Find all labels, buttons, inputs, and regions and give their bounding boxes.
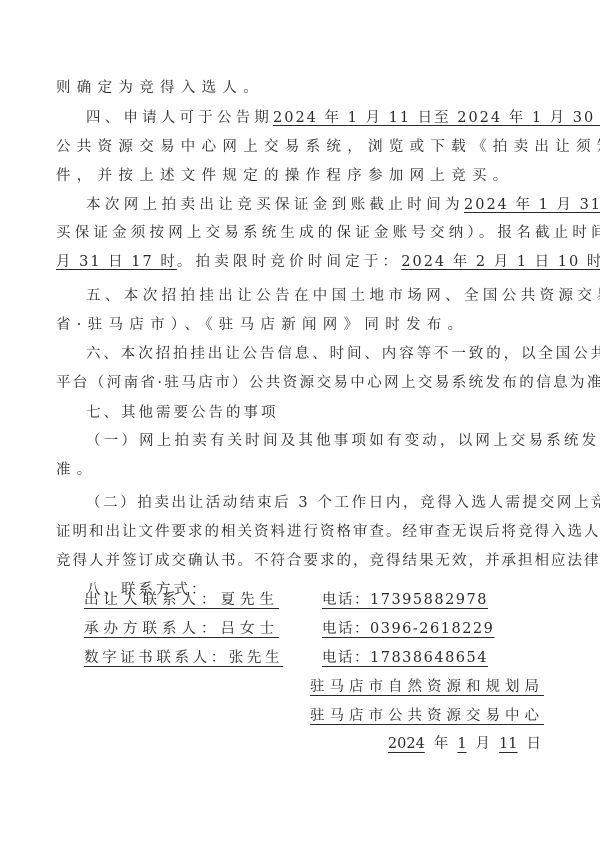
section-six: 六、本次招拍挂出让公告信息、时间、内容等不一致的，以全国公共资源交易: [86, 344, 576, 364]
item-two: （二）拍卖出让活动结束后 3 个工作日内，竞得入选人需提交网上竞得入选人: [86, 493, 576, 513]
paragraph-line: 公共资源交易中心网上交易系统，浏览或下载《拍卖出让须知》及相关出让文: [56, 137, 546, 157]
deposit-deadline-paragraph: 本次网上拍卖出让竞买保证金到账截止时间为2024 年 1 月 31 日 17 时…: [86, 195, 576, 215]
announcement-period: 2024 年 1 月 11 日至 2024 年 1 月 30 日: [273, 110, 600, 126]
section-seven-heading: 七、其他需要公告的事项: [86, 403, 576, 423]
contact-phone: 电话：17395882978: [322, 590, 488, 610]
paragraph-line: 件，并按上述文件规定的操作程序参加网上竞买。: [56, 166, 546, 186]
registration-deadline-cont: 月 31 日 17 时: [56, 254, 177, 270]
date-year: 2024: [382, 736, 431, 752]
paragraph-line: 买保证金须按网上交易系统生成的保证金账号交纳）。报名截止时间为2024 年 1: [56, 223, 546, 243]
issuer-organization: 驻马店市公共资源交易中心: [310, 706, 544, 726]
issuer-organization: 驻马店市自然资源和规划局: [310, 677, 544, 697]
section-four: 四、申请人可于公告期2024 年 1 月 11 日至 2024 年 1 月 30…: [86, 108, 576, 128]
contact-name: 数字证书联系人：张先生: [84, 648, 283, 668]
paragraph-line: 证明和出让文件要求的相关资料进行资格审查。经审查无误后将竞得入选人确定为: [56, 522, 546, 542]
paragraph-line: 竞得人并签订成交确认书。不符合要求的，竞得结果无效，并承担相应法律责任。: [56, 551, 546, 571]
issue-date: 2024年1月11日: [382, 734, 544, 754]
section-five: 五、本次招拍挂出让公告在中国土地市场网、全国公共资源交易平台（河南: [86, 286, 576, 306]
auction-time: 2024 年 2 月 1 日 10 时: [401, 254, 600, 270]
paragraph-line: 月 31 日 17 时。拍卖限时竞价时间定于：2024 年 2 月 1 日 10…: [56, 252, 546, 272]
deposit-deadline: 2024 年 1 月 31 日 17 时: [464, 197, 600, 213]
contact-name: 出让人联系人：夏先生: [84, 590, 279, 610]
paragraph-line: 准。: [56, 460, 546, 480]
contact-phone: 电话：17838648654: [322, 648, 488, 668]
contact-name: 承办方联系人：吕女士: [84, 619, 279, 639]
item-one: （一）网上拍卖有关时间及其他事项如有变动，以网上交易系统发布的通知为: [86, 431, 576, 451]
date-day: 11: [493, 736, 523, 752]
contact-phone: 电话：0396-2618229: [322, 619, 494, 639]
paragraph-line: 则确定为竞得入选人。: [56, 78, 546, 98]
paragraph-line: 平台（河南省·驻马店市）公共资源交易中心网上交易系统发布的信息为准。: [56, 373, 546, 393]
paragraph-line: 省·驻马店市）、《驻马店新闻网》同时发布。: [56, 315, 546, 335]
date-month: 1: [451, 736, 472, 752]
